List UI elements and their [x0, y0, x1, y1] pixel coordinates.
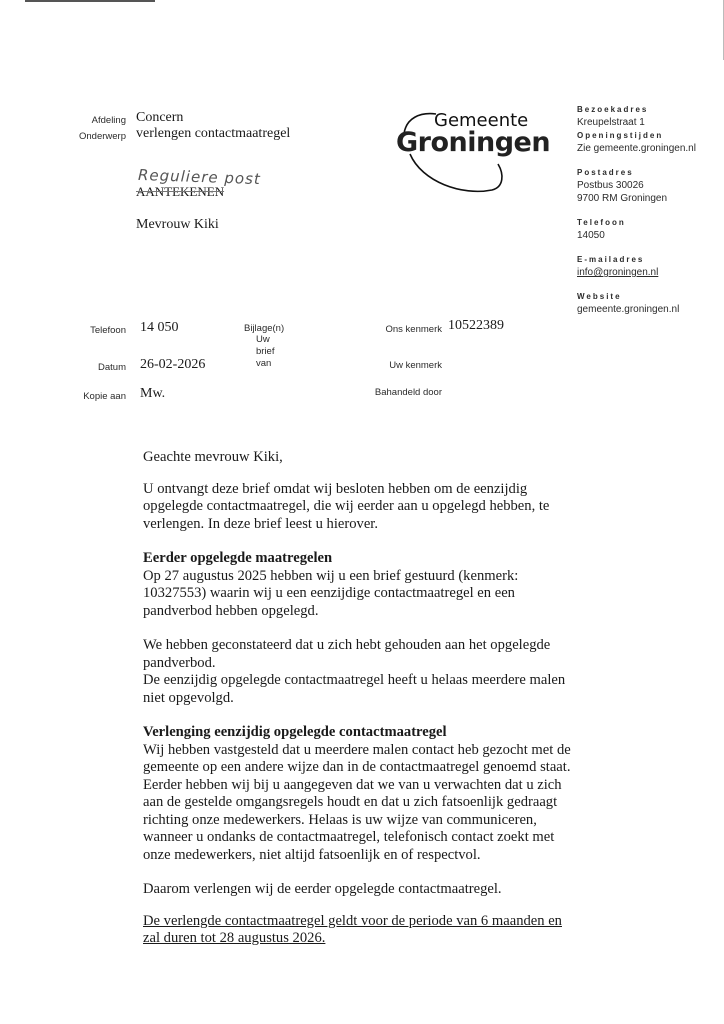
registered-mail-mark: AANTEKENEN — [136, 184, 224, 200]
ons-kenmerk-label: Ons kenmerk — [340, 324, 442, 335]
postadres-label: Postadres — [577, 168, 717, 177]
meta-telefoon-label: Telefoon — [60, 325, 126, 336]
gemeente-groningen-logo: Gemeente Groningen — [392, 104, 557, 199]
uw-brief-van-label: Uw brief van — [256, 334, 274, 370]
openingstijden-label: Openingstijden — [577, 131, 717, 140]
telefoon-label: Telefoon — [577, 218, 717, 227]
section2-heading: Verlenging eenzijdig opgelegde contactma… — [143, 724, 573, 742]
meta-kopie-value: Mw. — [140, 386, 165, 402]
extension-period-notice: De verlengde contactmaatregel geldt voor… — [143, 913, 573, 948]
letter-body: Geachte mevrouw Kiki, U ontvangt deze br… — [143, 449, 573, 948]
bezoekadres-value: Kreupelstraat 1 — [577, 117, 717, 128]
afdeling-label: Afdeling — [60, 115, 126, 126]
postadres-line2: 9700 RM Groningen — [577, 193, 717, 204]
onderwerp-value: verlengen contactmaatregel — [136, 126, 290, 142]
afdeling-value: Concern — [136, 110, 183, 126]
email-link[interactable]: info@groningen.nl — [577, 267, 717, 278]
bijlagen-label: Bijlage(n) — [244, 323, 284, 334]
section1-paragraph1: Op 27 augustus 2025 hebben wij u een bri… — [143, 568, 573, 621]
behandeld-door-label: Bahandeld door — [340, 387, 442, 398]
meta-datum-label: Datum — [60, 362, 126, 373]
section1-paragraph3: De eenzijdig opgelegde contactmaatregel … — [143, 672, 573, 707]
meta-datum-value: 26-02-2026 — [140, 357, 205, 373]
website-label: Website — [577, 292, 717, 301]
salutation: Geachte mevrouw Kiki, — [143, 449, 573, 467]
logo-text-groningen: Groningen — [396, 127, 550, 158]
website-link[interactable]: gemeente.groningen.nl — [577, 304, 717, 315]
intro-paragraph: U ontvangt deze brief omdat wij besloten… — [143, 481, 573, 534]
conclusion-paragraph: Daarom verlengen wij de eerder opgelegde… — [143, 881, 573, 899]
section1-paragraph2: We hebben geconstateerd dat u zich hebt … — [143, 637, 573, 672]
meta-telefoon-value: 14 050 — [140, 320, 179, 336]
contact-sidebar: Bezoekadres Kreupelstraat 1 Openingstijd… — [577, 105, 717, 315]
uw-kenmerk-label: Uw kenmerk — [340, 360, 442, 371]
section2-paragraph1: Wij hebben vastgesteld dat u meerdere ma… — [143, 742, 573, 865]
meta-kopie-label: Kopie aan — [60, 391, 126, 402]
email-label: E-mailadres — [577, 255, 717, 264]
ons-kenmerk-value: 10522389 — [448, 318, 504, 334]
section1-heading: Eerder opgelegde maatregelen — [143, 550, 573, 568]
scan-artifact-top — [25, 0, 155, 2]
recipient-name: Mevrouw Kiki — [136, 217, 219, 233]
openingstijden-value: Zie gemeente.groningen.nl — [577, 143, 717, 154]
telefoon-value: 14050 — [577, 230, 717, 241]
bezoekadres-label: Bezoekadres — [577, 105, 717, 114]
onderwerp-label: Onderwerp — [60, 131, 126, 142]
postadres-line1: Postbus 30026 — [577, 180, 717, 191]
